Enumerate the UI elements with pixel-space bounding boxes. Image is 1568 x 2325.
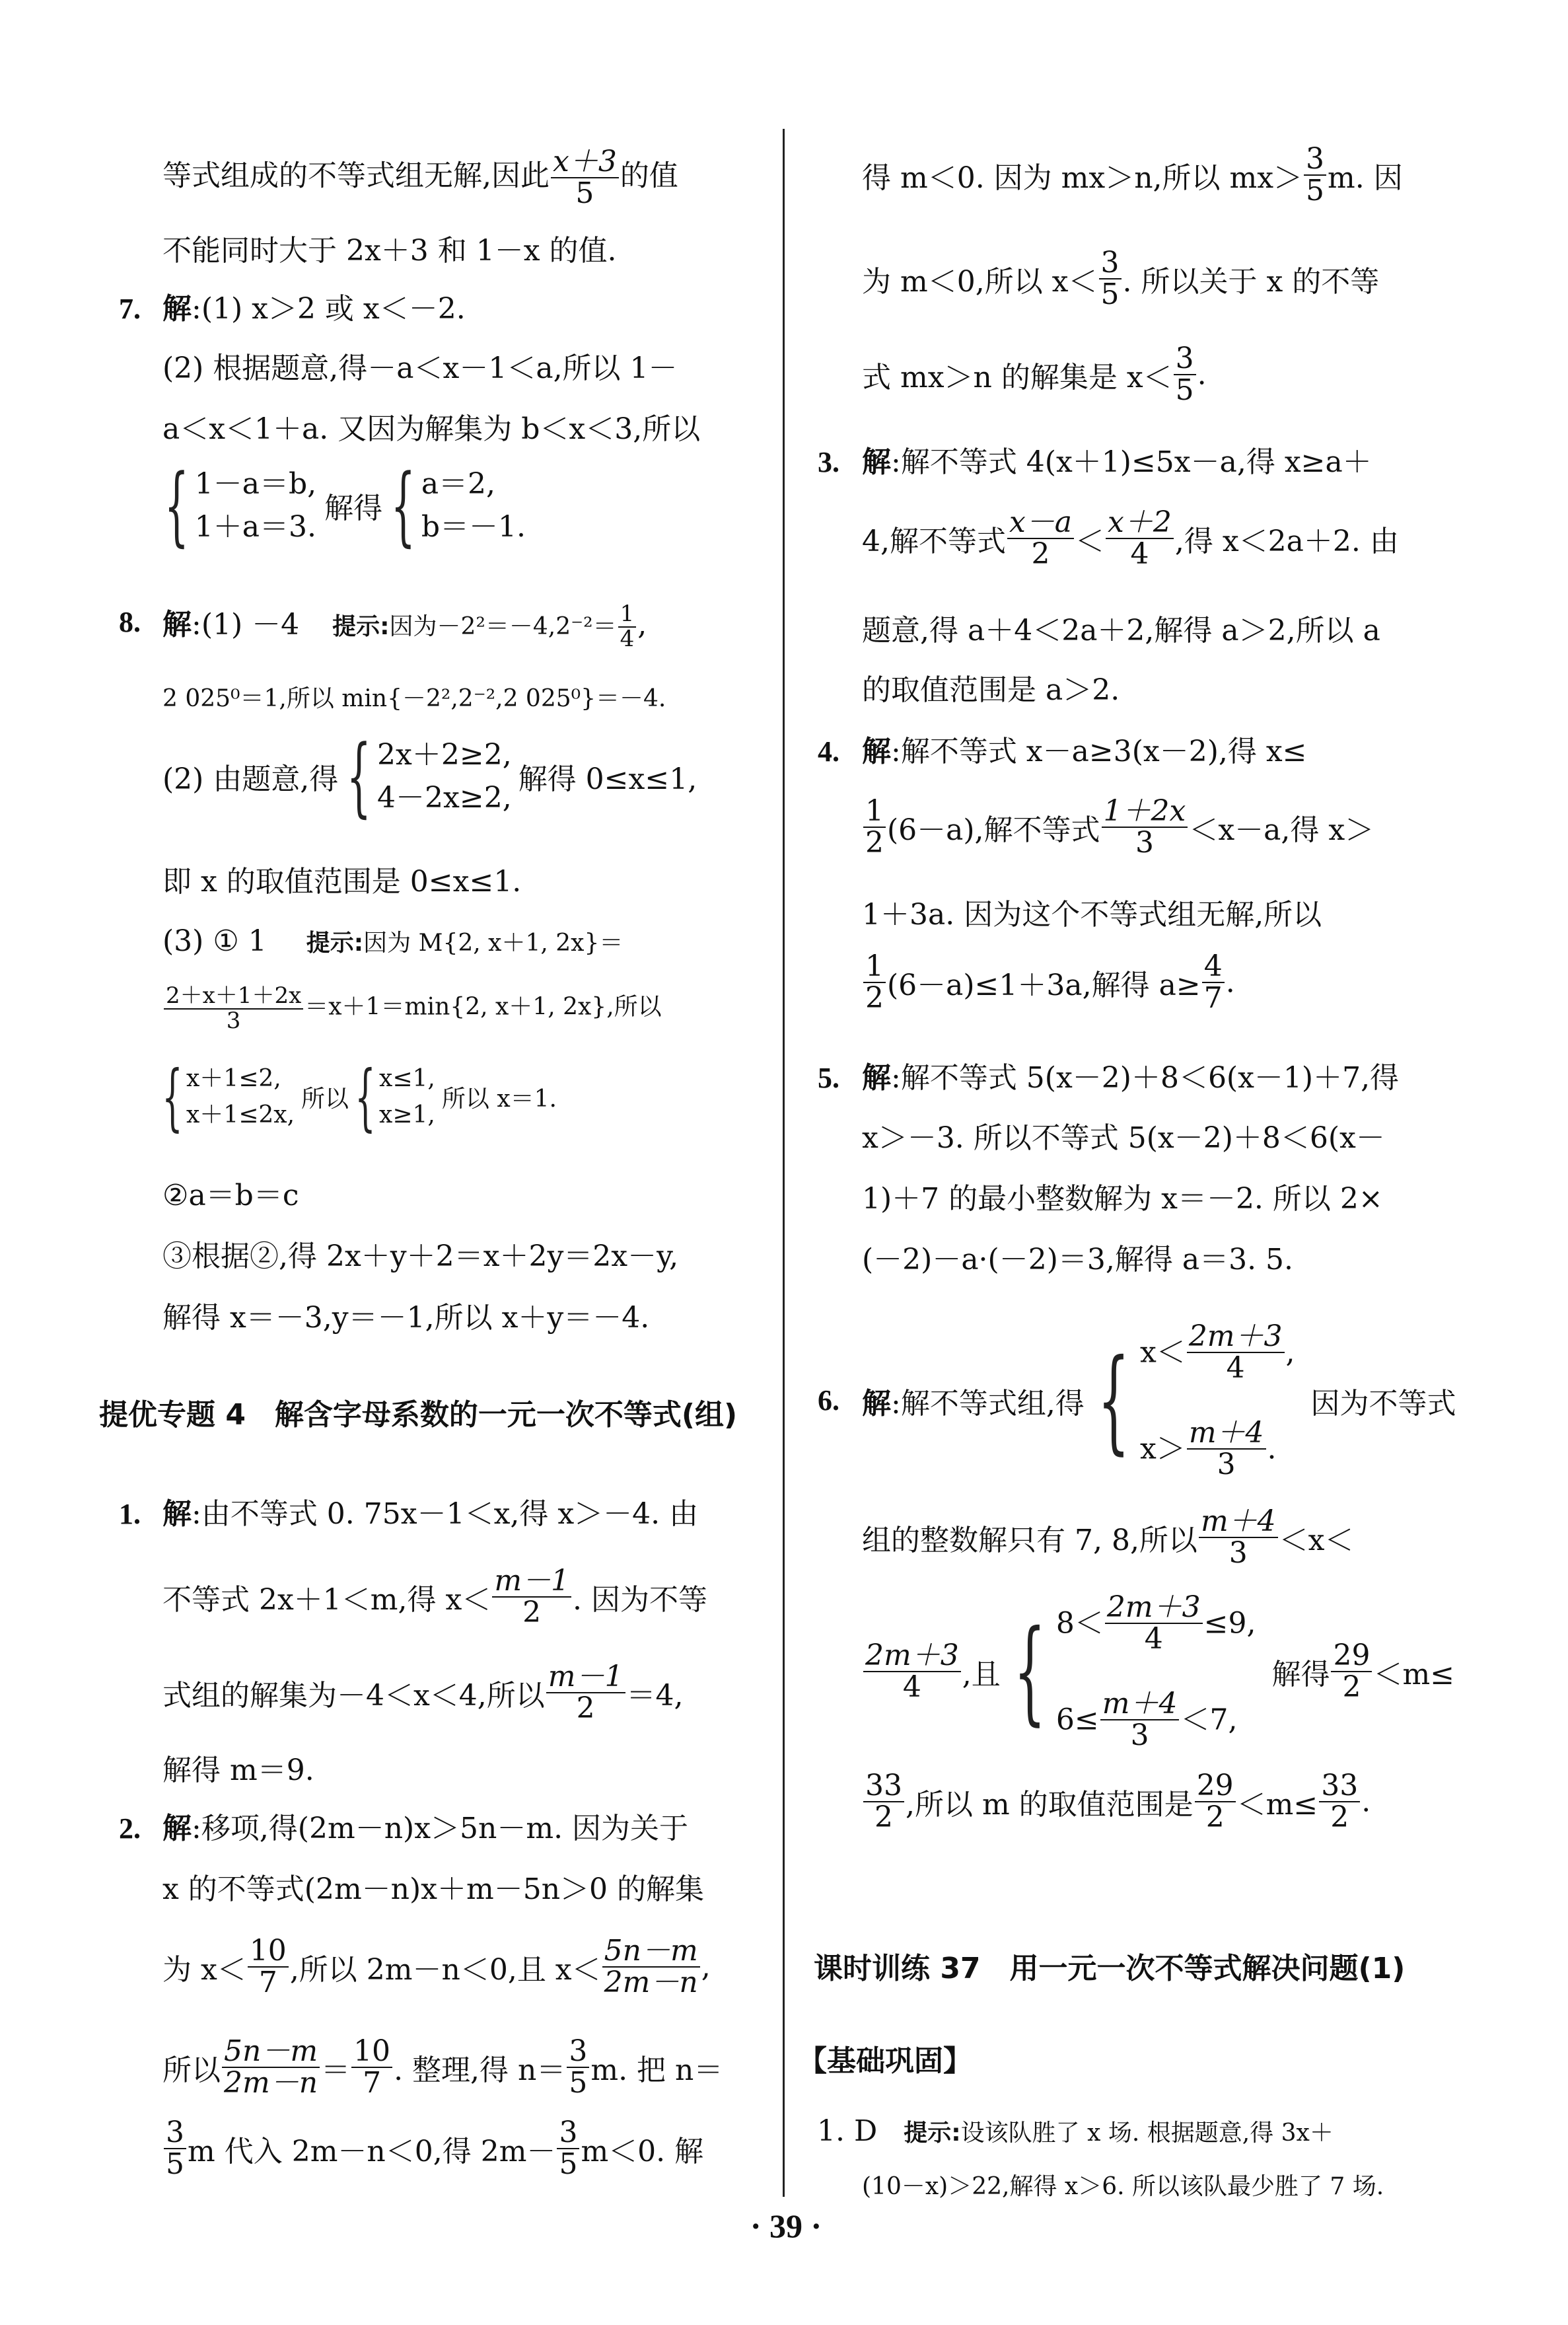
s1-line2: 不等式 2x＋1＜m,得 x＜m－12. 因为不等 <box>162 1566 707 1628</box>
item-number-5: 5. <box>818 1058 839 1098</box>
continuation-line-1: 等式组成的不等式组无解,因此x＋35的值 <box>162 147 678 209</box>
item-number-1: 1. <box>119 1495 141 1534</box>
s5-line4: (－2)－a·(－2)＝3,解得 a＝3. 5. <box>862 1240 1293 1280</box>
s4-line1: 解:解不等式 x－a≥3(x－2),得 x≤ <box>862 732 1307 772</box>
q8-part3: (3) ① 1提示:因为 M{2, x＋1, 2x}＝ <box>162 922 623 963</box>
q8-part3-line2: 2＋x＋1＋2x3＝x＋1＝min{2, x＋1, 2x},所以 <box>162 984 662 1033</box>
fraction: x＋35 <box>551 147 619 209</box>
s2-cont-line3: 式 mx＞n 的解集是 x＜35. <box>862 344 1207 406</box>
s2-cont-line1: 得 m＜0. 因为 mx＞n,所以 mx＞35m. 因 <box>862 144 1403 206</box>
s2-line4: 所以5n－m2m－n＝107. 整理,得 n＝35m. 把 n＝ <box>162 2036 723 2098</box>
item-number-6: 6. <box>818 1381 839 1421</box>
q8-part1: 解:(1) －4提示:因为－2²＝－4,2⁻²＝14, <box>162 603 647 651</box>
page-number: · 39 · <box>733 2207 839 2245</box>
q8-part3-sub2: ②a＝b＝c <box>162 1176 299 1216</box>
s3-line4: 的取值范围是 a＞2. <box>862 671 1120 710</box>
s1-line4: 解得 m＝9. <box>162 1751 314 1790</box>
q8-hint-line2: 2 025⁰＝1,所以 min{－2²,2⁻²,2 025⁰}＝－4. <box>162 679 666 719</box>
q7-part2-line1: (2) 根据题意,得－a＜x－1＜a,所以 1－ <box>162 349 678 388</box>
left-brace-icon: { <box>1098 1345 1130 1457</box>
continuation-line-2: 不能同时大于 2x＋3 和 1－x 的值. <box>162 231 617 271</box>
s6-line2: 组的整数解只有 7, 8,所以m＋43＜x＜ <box>862 1506 1353 1568</box>
s2-line1: 解:移项,得(2m－n)x＞5n－m. 因为关于 <box>162 1809 688 1849</box>
item-number-8: 8. <box>119 603 141 642</box>
lesson-heading: 课时训练 37 用一元一次不等式解决问题(1) <box>814 1949 1405 1989</box>
answer-choice: D <box>854 2114 877 2148</box>
item-number-4: 4. <box>818 732 839 772</box>
s1-line1: 解:由不等式 0. 75x－1＜x,得 x＞－4. 由 <box>162 1495 698 1534</box>
s5-line1: 解:解不等式 5(x－2)＋8＜6(x－1)＋7,得 <box>862 1058 1399 1098</box>
item-number-3: 3. <box>818 443 839 482</box>
left-brace-icon: { <box>162 1060 183 1133</box>
b1-line1: 1. D提示:设该队胜了 x 场. 根据题意,得 3x＋ <box>817 2112 1334 2153</box>
s4-line3: 1＋3a. 因为这个不等式组无解,所以 <box>862 895 1322 935</box>
left-brace-icon: { <box>391 462 415 548</box>
item-number-7: 7. <box>119 289 141 329</box>
q8-part3-sub3-line1: ③根据②,得 2x＋y＋2＝x＋2y＝2x－y, <box>162 1237 678 1276</box>
s2-line3: 为 x＜107,所以 2m－n＜0,且 x＜5n－m2m－n, <box>162 1936 711 1998</box>
s2-line5: 35m 代入 2m－n＜0,得 2m－35m＜0. 解 <box>162 2118 703 2180</box>
s3-line1: 解:解不等式 4(x＋1)≤5x－a,得 x≥a＋ <box>862 443 1372 482</box>
s6-line1: 解:解不等式组,得 { x＜2m＋34, x＞m＋43. 因为不等式 <box>862 1315 1456 1487</box>
q7-part2-line2: a＜x＜1＋a. 又因为解集为 b＜x＜3,所以 <box>162 410 700 449</box>
s3-line2: 4,解不等式x－a2＜x＋24,得 x＜2a＋2. 由 <box>862 507 1399 570</box>
item-number-2: 2. <box>119 1809 141 1849</box>
q8-part3-sub3-line2: 解得 x＝－3,y＝－1,所以 x＋y＝－4. <box>162 1298 649 1338</box>
left-brace-icon: { <box>355 1060 376 1133</box>
q8-part2-line2: 即 x 的取值范围是 0≤x≤1. <box>162 862 521 902</box>
q7-part1: 解:(1) x＞2 或 x＜－2. <box>162 289 466 329</box>
s5-line3: 1)＋7 的最小整数解为 x＝－2. 所以 2× <box>862 1179 1383 1219</box>
left-brace-icon: { <box>1013 1615 1046 1728</box>
s4-line4: 12(6－a)≤1＋3a,解得 a≥47. <box>862 951 1235 1014</box>
s2-line2: x 的不等式(2m－n)x＋m－5n＞0 的解集 <box>162 1870 704 1909</box>
s3-line3: 题意,得 a＋4＜2a＋2,解得 a＞2,所以 a <box>862 611 1380 651</box>
q8-part3-system: {x＋1≤2,x＋1≤2x,所以{x≤1,x≥1,所以 x＝1. <box>156 1060 557 1133</box>
s2-cont-line2: 为 m＜0,所以 x＜35. 所以关于 x 的不等 <box>862 248 1379 310</box>
s4-line2: 12(6－a),解不等式1＋2x3＜x－a,得 x＞ <box>862 796 1374 858</box>
s6-line4: 332,所以 m 的取值范围是292＜m≤332. <box>862 1771 1371 1833</box>
q7-equation-system: {1－a＝b,1＋a＝3.解得{a＝2,b＝－1. <box>156 462 526 548</box>
s5-line2: x＞－3. 所以不等式 5(x－2)＋8＜6(x－ <box>862 1119 1385 1158</box>
column-divider <box>783 129 785 2197</box>
subsection-heading: 【基础巩固】 <box>798 2042 972 2081</box>
s1-line3: 式组的解集为－4＜x＜4,所以m－12＝4, <box>162 1662 684 1724</box>
q8-part2: (2) 由题意,得{2x＋2≥2,4－2x≥2,解得 0≤x≤1, <box>162 733 697 819</box>
s6-line3: 2m＋34,且 { 8＜2m＋34≤9, 6≤m＋43＜7, 解得292＜m≤ <box>862 1586 1454 1757</box>
section-heading: 提优专题 4 解含字母系数的一元一次不等式(组) <box>99 1395 737 1435</box>
left-brace-icon: { <box>347 733 371 819</box>
left-brace-icon: { <box>164 462 189 548</box>
b1-line2: (10－x)＞22,解得 x＞6. 所以该队最少胜了 7 场. <box>862 2167 1384 2207</box>
